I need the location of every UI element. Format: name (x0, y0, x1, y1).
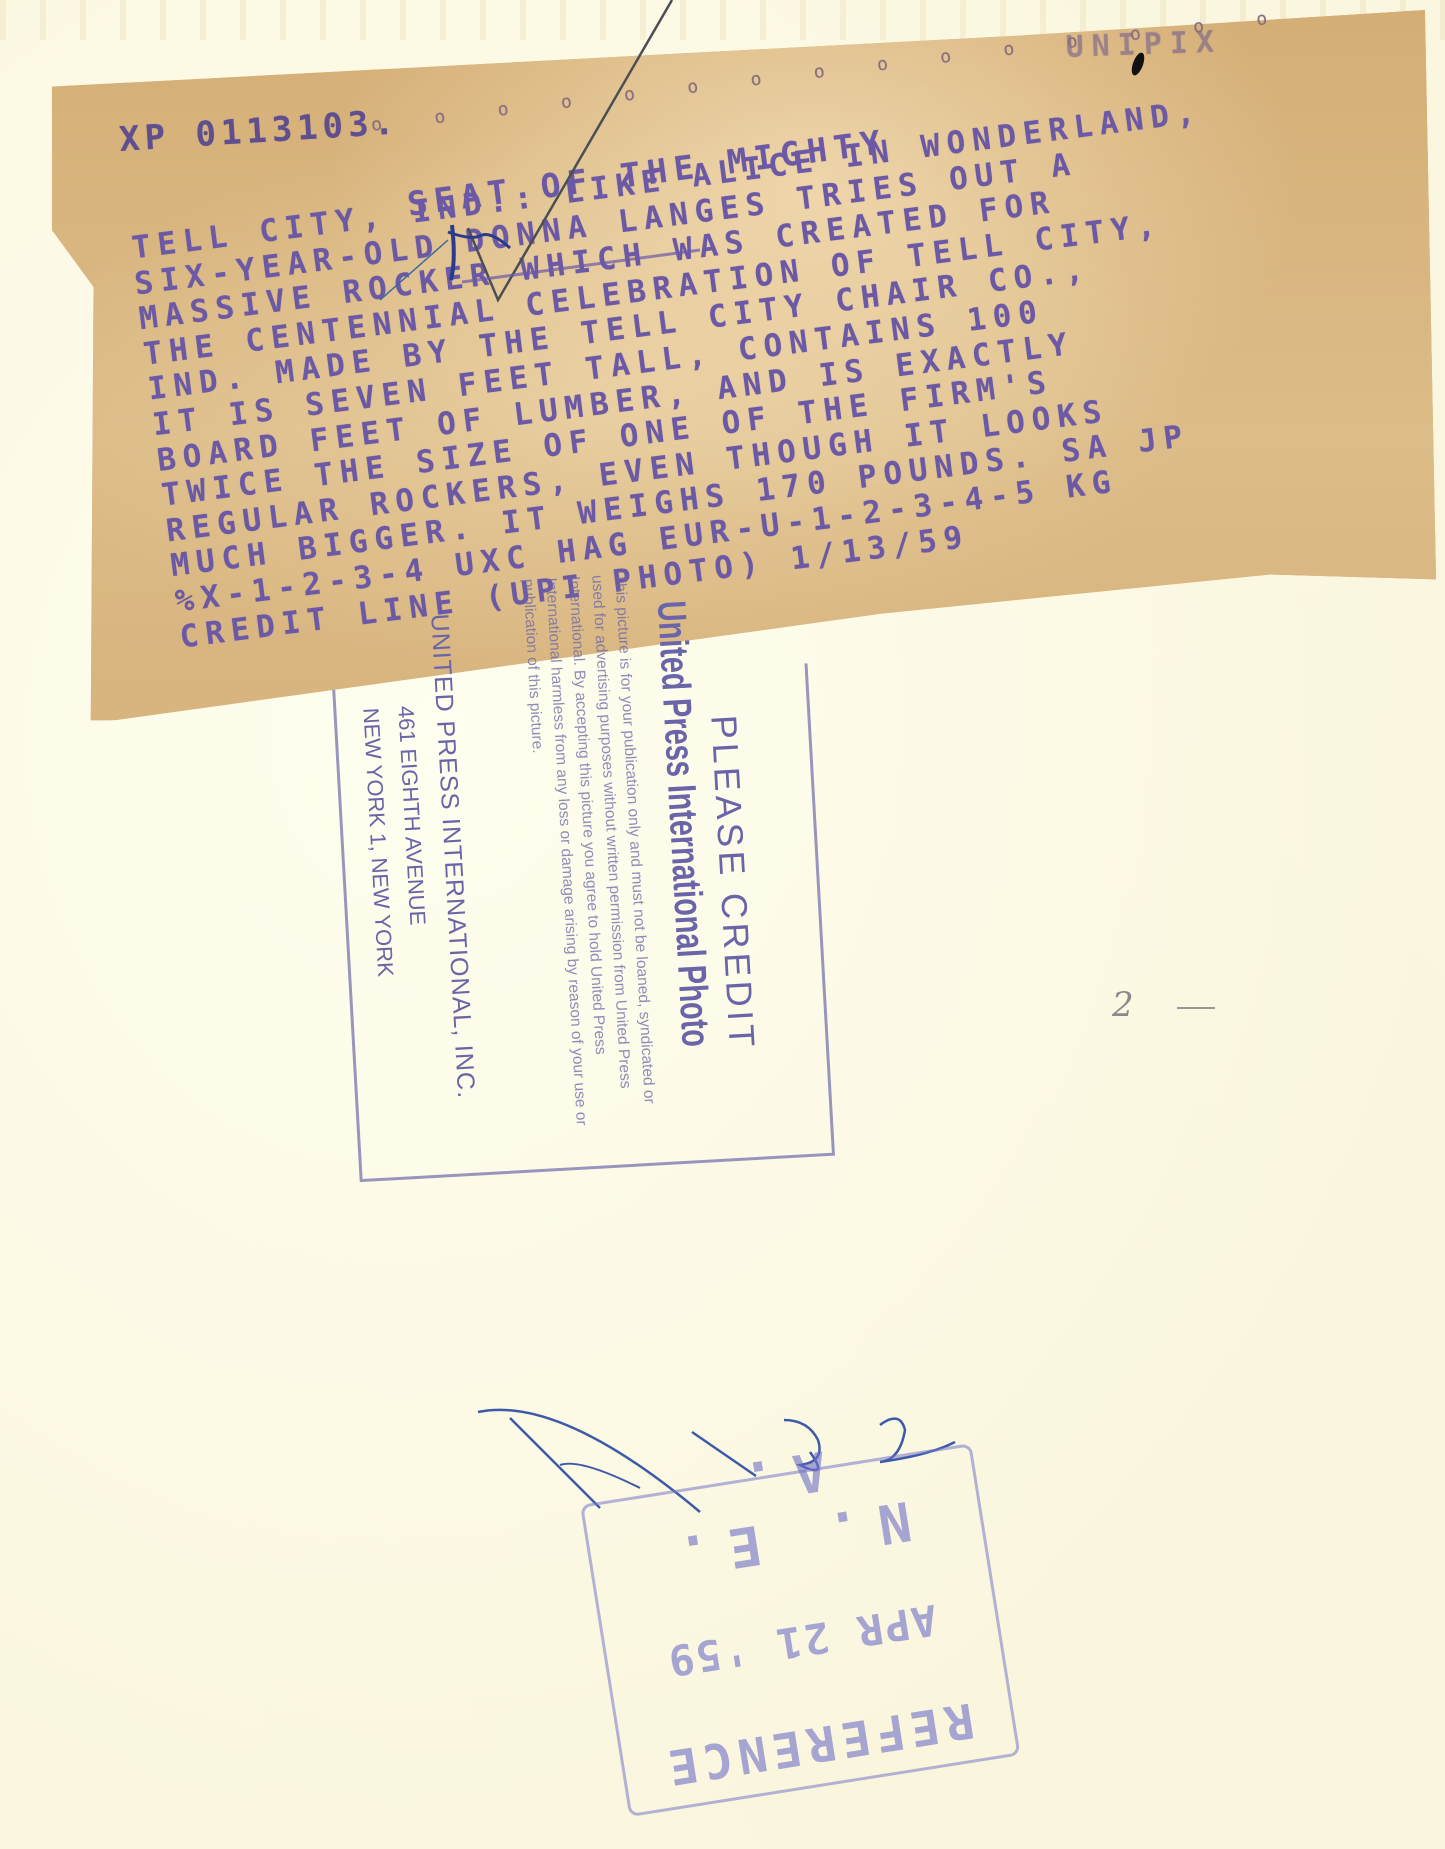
pencil-mark: 2 (1112, 985, 1134, 1025)
upi-credit-stamp: PLEASE CREDIT United Press International… (330, 623, 838, 1169)
usage-notice: This picture is for your publication onl… (516, 573, 662, 1139)
pencil-dash (1177, 1007, 1215, 1009)
reference-date: APR 21 '59 (605, 1586, 998, 1695)
reference-organization: N. E. A. (579, 1416, 984, 1601)
reference-stamp: REFERENCE APR 21 '59 N. E. A. (580, 1443, 1021, 1817)
reference-title: REFERENCE (621, 1686, 1015, 1802)
